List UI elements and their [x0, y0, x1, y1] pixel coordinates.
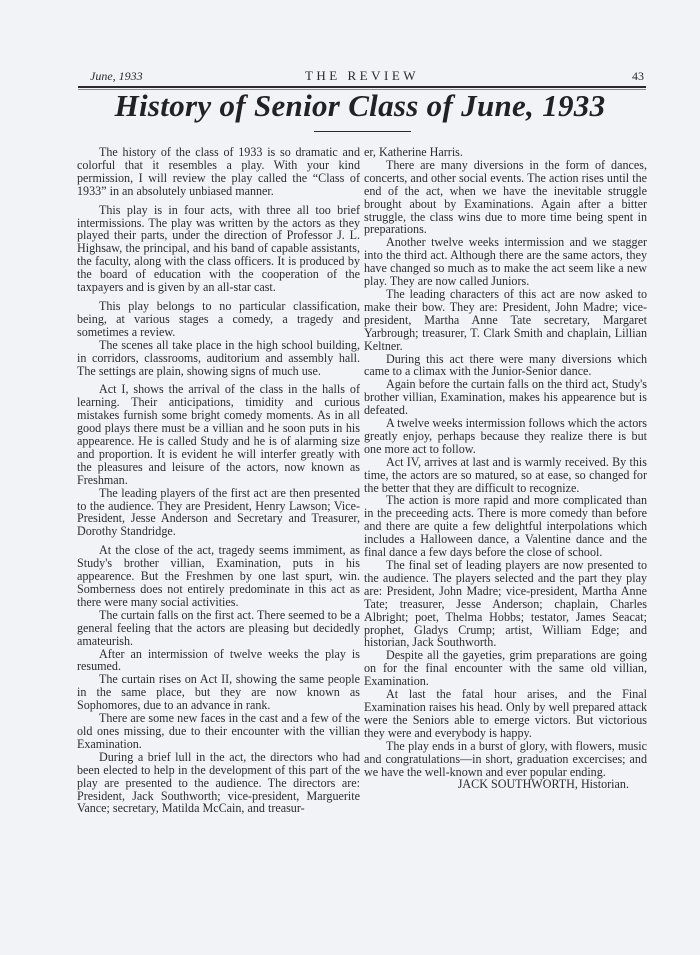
title-divider	[314, 131, 411, 132]
paragraph: The leading players of the first act are…	[77, 487, 360, 539]
paragraph: There are some new faces in the cast and…	[77, 712, 360, 751]
paragraph: The final set of leading players are now…	[364, 559, 647, 649]
paragraph: This play belongs to no particular class…	[77, 300, 360, 339]
paragraph: At last the fatal hour arises, and the F…	[364, 688, 647, 740]
author-signature: JACK SOUTHWORTH, Historian.	[364, 778, 647, 791]
article-title: History of Senior Class of June, 1933	[70, 88, 650, 124]
paragraph: Again before the curtain falls on the th…	[364, 378, 647, 417]
page-number: 43	[632, 69, 644, 84]
paragraph: The history of the class of 1933 is so d…	[77, 146, 360, 198]
article-column-right: er, Katherine Harris. There are many div…	[364, 146, 647, 791]
paragraph: After an intermission of twelve weeks th…	[77, 648, 360, 674]
paragraph: Act I, shows the arrival of the class in…	[77, 383, 360, 486]
paragraph: The scenes all take place in the high sc…	[77, 339, 360, 378]
paragraph: This play is in four acts, with three al…	[77, 204, 360, 294]
publication-name: THE REVIEW	[78, 68, 646, 84]
paragraph: During a brief lull in the act, the dire…	[77, 751, 360, 816]
paragraph: er, Katherine Harris.	[364, 146, 647, 159]
paragraph: There are many diversions in the form of…	[364, 159, 647, 236]
paragraph: At the close of the act, tragedy seems i…	[77, 544, 360, 609]
article-column-left: The history of the class of 1933 is so d…	[77, 146, 360, 815]
running-head: June, 1933 THE REVIEW 43	[78, 68, 646, 86]
paragraph: The action is more rapid and more compli…	[364, 494, 647, 559]
paragraph: Another twelve weeks intermission and we…	[364, 236, 647, 288]
paragraph: The play ends in a burst of glory, with …	[364, 740, 647, 779]
paragraph: Despite all the gayeties, grim preparati…	[364, 649, 647, 688]
paragraph: The curtain rises on Act II, showing the…	[77, 673, 360, 712]
paragraph: During this act there were many diversio…	[364, 353, 647, 379]
paragraph: A twelve weeks intermission follows whic…	[364, 417, 647, 456]
paragraph: The leading characters of this act are n…	[364, 288, 647, 353]
paragraph: The curtain falls on the first act. Ther…	[77, 609, 360, 648]
paragraph: Act IV, arrives at last and is warmly re…	[364, 456, 647, 495]
